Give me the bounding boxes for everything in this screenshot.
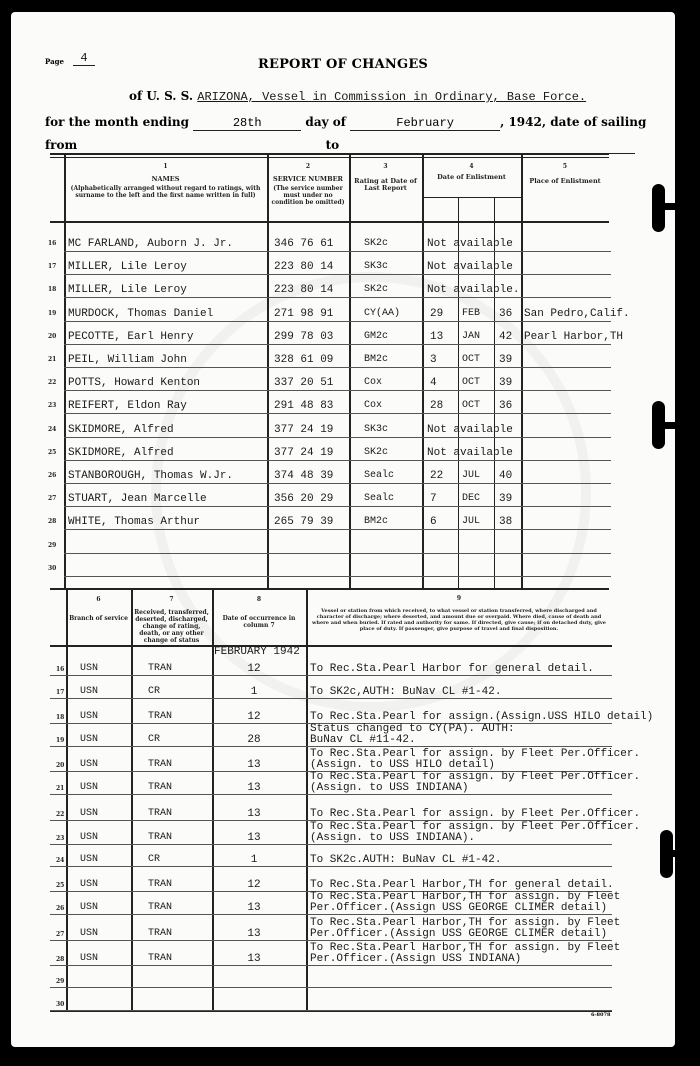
row-rule <box>50 746 612 747</box>
service-number-cell: 265 79 39 <box>274 516 333 528</box>
row-rule <box>50 914 612 915</box>
rating-cell: Sealc <box>364 470 394 482</box>
remarks-line-2: Per.Officer.(Assign USS GEORGE CLIMER de… <box>310 902 607 914</box>
rating-cell: SK2c <box>364 447 388 459</box>
rating-cell: Cox <box>364 400 382 412</box>
rating-cell: Cox <box>364 377 382 389</box>
date-cell: 13 <box>244 832 264 844</box>
name-cell: REIFERT, Eldon Ray <box>68 400 187 412</box>
table-rule <box>50 153 609 155</box>
name-cell: SKIDMORE, Alfred <box>68 424 174 436</box>
change-cell: TRAN <box>148 663 172 675</box>
remarks-line-2: (Assign. to USS HILO detail) <box>310 759 495 771</box>
row-rule <box>64 367 611 368</box>
rating-cell: BM2c <box>364 354 388 366</box>
enlistment-day-cell: 13 <box>430 331 443 343</box>
enlistment-day-cell: Not available <box>427 261 513 273</box>
date-cell: 13 <box>244 759 264 771</box>
rating-cell: SK3c <box>364 424 388 436</box>
enlistment-year-cell: 39 <box>499 493 512 505</box>
branch-cell: USN <box>80 711 98 723</box>
service-number-cell: 299 78 03 <box>274 331 333 343</box>
branch-cell: USN <box>80 854 98 866</box>
column-title: Date of Enlistment <box>424 174 519 181</box>
rating-cell: CY(AA) <box>364 308 400 320</box>
page-title: REPORT OF CHANGES <box>11 57 675 72</box>
column-title: Place of Enlistment <box>523 178 607 185</box>
row-rule <box>50 940 612 941</box>
service-number-cell: 328 61 09 <box>274 354 333 366</box>
line-number: 20 <box>56 762 64 769</box>
change-cell: TRAN <box>148 711 172 723</box>
row-rule <box>50 1010 612 1011</box>
remarks-line-1: To SK2c,AUTH: BuNav CL #1-42. <box>310 686 501 698</box>
column-title: Received, transferred, deserted, dischar… <box>134 609 209 644</box>
line-number: 22 <box>48 379 56 386</box>
row-rule <box>64 576 611 577</box>
enlistment-year-cell: 38 <box>499 516 512 528</box>
service-number-cell: 374 48 39 <box>274 470 333 482</box>
date-cell: 13 <box>244 902 264 914</box>
day-of-label: day of <box>305 115 345 129</box>
name-cell: SKIDMORE, Alfred <box>68 447 174 459</box>
change-cell: TRAN <box>148 832 172 844</box>
line-number: 16 <box>48 240 56 247</box>
date-cell: 12 <box>244 711 264 723</box>
ship-name: ARIZONA, Vessel in Commission in Ordinar… <box>197 90 586 104</box>
column-rule <box>521 155 523 588</box>
column-title: SERVICE NUMBER <box>269 176 347 183</box>
service-number-cell: 356 20 29 <box>274 493 333 505</box>
date-month-header: FEBRUARY 1942 <box>214 646 300 658</box>
remarks-line-2: (Assign. to USS INDIANA) <box>310 782 468 794</box>
change-cell: TRAN <box>148 782 172 794</box>
row-rule <box>50 866 612 867</box>
column-number: 8 <box>215 596 303 603</box>
from-label: from <box>45 138 77 152</box>
column-number: 1 <box>66 163 265 170</box>
column-title: Branch of service <box>69 615 128 622</box>
column-number: 3 <box>351 163 420 170</box>
branch-cell: USN <box>80 902 98 914</box>
line-number: 28 <box>48 518 56 525</box>
from-field <box>81 139 321 154</box>
line-number: 27 <box>48 495 56 502</box>
form-number: 6-8078 <box>591 1012 610 1018</box>
column-header-6: 6 Branch of service <box>69 596 128 622</box>
service-number-cell: 223 80 14 <box>274 284 333 296</box>
line-number: 29 <box>48 542 56 549</box>
column-title: Rating at Date of Last Report <box>351 178 420 192</box>
line-number: 29 <box>56 978 64 985</box>
to-field <box>343 139 635 154</box>
enlistment-year-cell: 39 <box>499 354 512 366</box>
service-number-cell: 346 76 61 <box>274 238 333 250</box>
column-rule <box>131 588 133 1010</box>
row-rule <box>64 460 611 461</box>
remarks-line-1: To Rec.Sta.Pearl Harbor for general deta… <box>310 663 594 675</box>
line-number: 26 <box>48 472 56 479</box>
column-header-7: 7 Received, transferred, deserted, disch… <box>134 596 209 644</box>
line-number: 18 <box>48 286 56 293</box>
row-rule <box>64 529 611 530</box>
remarks-line-1: To Rec.Sta.Pearl for assign.(Assign.USS … <box>310 711 653 723</box>
column-rule <box>306 588 308 1010</box>
column-header-8: 8 Date of occurrence in column 7 <box>215 596 303 629</box>
row-rule <box>64 251 611 252</box>
rating-cell: SK2c <box>364 284 388 296</box>
date-cell: 13 <box>244 782 264 794</box>
remarks-line-2: Per.Officer.(Assign USS GEORGE CLIMER de… <box>310 928 607 940</box>
column-rule <box>267 155 269 588</box>
ship-line: of U. S. S. ARIZONA, Vessel in Commissio… <box>129 89 586 104</box>
row-rule <box>50 794 612 795</box>
table-rule <box>422 197 521 198</box>
date-cell: 12 <box>244 663 264 675</box>
line-number: 17 <box>56 689 64 696</box>
name-cell: STANBOROUGH, Thomas W.Jr. <box>68 470 233 482</box>
name-cell: MILLER, Lile Leroy <box>68 261 187 273</box>
line-number: 21 <box>56 785 64 792</box>
enlistment-day-cell: 29 <box>430 308 443 320</box>
branch-cell: USN <box>80 808 98 820</box>
line-number: 30 <box>56 1001 64 1008</box>
report-page: Page 4 REPORT OF CHANGES of U. S. S. ARI… <box>11 12 675 1047</box>
place-cell: Pearl Harbor,TH <box>524 331 623 343</box>
name-cell: MC FARLAND, Auborn J. Jr. <box>68 238 233 250</box>
enlistment-day-cell: Not available <box>427 424 513 436</box>
service-number-cell: 337 20 51 <box>274 377 333 389</box>
date-cell: 1 <box>244 686 264 698</box>
enlistment-year-cell: 36 <box>499 308 512 320</box>
service-number-cell: 377 24 19 <box>274 447 333 459</box>
sailing-label: , date of sailing <box>542 115 647 129</box>
place-cell: San Pedro,Calif. <box>524 308 630 320</box>
binder-tab-stem <box>660 203 680 210</box>
line-number: 30 <box>48 565 56 572</box>
name-cell: PEIL, William John <box>68 354 187 366</box>
change-cell: CR <box>148 854 160 866</box>
month-line: for the month ending 28th day of Februar… <box>45 115 646 131</box>
line-number: 20 <box>48 333 56 340</box>
line-number: 26 <box>56 905 64 912</box>
enlistment-month-cell: FEB <box>462 308 480 320</box>
line-number: 19 <box>48 310 56 317</box>
change-cell: TRAN <box>148 902 172 914</box>
branch-cell: USN <box>80 832 98 844</box>
branch-cell: USN <box>80 879 98 891</box>
line-number: 24 <box>48 426 56 433</box>
to-label: to <box>326 138 340 152</box>
line-number: 28 <box>56 956 64 963</box>
column-title: NAMES <box>66 176 265 183</box>
column-title: Date of occurrence in column 7 <box>215 615 303 629</box>
month-field: February <box>350 116 500 131</box>
enlistment-day-cell: 7 <box>430 493 437 505</box>
column-header-5: 5 Place of Enlistment <box>523 163 607 187</box>
change-cell: CR <box>148 686 160 698</box>
line-number: 19 <box>56 737 64 744</box>
change-cell: TRAN <box>148 759 172 771</box>
column-number: 7 <box>134 596 209 603</box>
column-rule <box>64 155 66 588</box>
column-note: (Alphabetically arranged without regard … <box>71 185 261 199</box>
row-rule <box>64 413 611 414</box>
change-cell: TRAN <box>148 953 172 965</box>
from-to-line: from to <box>45 138 635 154</box>
change-cell: TRAN <box>148 928 172 940</box>
service-number-cell: 223 80 14 <box>274 261 333 273</box>
enlistment-month-cell: OCT <box>462 377 480 389</box>
row-rule <box>64 297 611 298</box>
service-number-cell: 377 24 19 <box>274 424 333 436</box>
year-field: 42 <box>525 115 542 129</box>
line-number: 23 <box>56 835 64 842</box>
row-rule <box>50 844 612 845</box>
row-rule <box>64 344 611 345</box>
enlistment-month-cell: JAN <box>462 331 480 343</box>
change-cell: CR <box>148 734 160 746</box>
table-rule <box>50 157 609 158</box>
row-rule <box>50 987 612 988</box>
rating-cell: SK2c <box>364 238 388 250</box>
date-cell: 1 <box>244 854 264 866</box>
remarks-line-1: To Rec.Sta.Pearl for assign. by Fleet Pe… <box>310 808 640 820</box>
row-rule <box>64 390 611 391</box>
enlistment-month-cell: JUL <box>462 516 480 528</box>
row-rule <box>64 274 611 275</box>
row-rule <box>64 553 611 554</box>
enlistment-month-cell: DEC <box>462 493 480 505</box>
date-cell: 28 <box>244 734 264 746</box>
enlistment-day-cell: 22 <box>430 470 443 482</box>
rating-cell: GM2c <box>364 331 388 343</box>
line-number: 18 <box>56 714 64 721</box>
column-header-2: 2 SERVICE NUMBER (The service number mus… <box>269 163 347 206</box>
service-number-cell: 271 98 91 <box>274 308 333 320</box>
row-rule <box>64 506 611 507</box>
enlistment-day-cell: 28 <box>430 400 443 412</box>
line-number: 22 <box>56 811 64 818</box>
name-cell: MURDOCK, Thomas Daniel <box>68 308 213 320</box>
name-cell: POTTS, Howard Kenton <box>68 377 200 389</box>
date-cell: 12 <box>244 879 264 891</box>
row-rule <box>64 483 611 484</box>
column-header-4: 4 Date of Enlistment <box>424 163 519 183</box>
rating-cell: Sealc <box>364 493 394 505</box>
day-field: 28th <box>193 116 301 131</box>
column-rule <box>349 155 351 588</box>
name-cell: MILLER, Lile Leroy <box>68 284 187 296</box>
branch-cell: USN <box>80 928 98 940</box>
column-header-1: 1 NAMES (Alphabetically arranged without… <box>66 163 265 199</box>
name-cell: PECOTTE, Earl Henry <box>68 331 193 343</box>
enlistment-day-cell: Not available <box>427 447 513 459</box>
date-cell: 13 <box>244 808 264 820</box>
row-rule <box>64 321 611 322</box>
column-number: 6 <box>69 596 128 603</box>
row-rule <box>64 437 611 438</box>
enlistment-day-cell: 4 <box>430 377 437 389</box>
enlistment-day-cell: Not available. <box>427 284 519 296</box>
branch-cell: USN <box>80 734 98 746</box>
enlistment-month-cell: JUL <box>462 470 480 482</box>
enlistment-month-cell: OCT <box>462 400 480 412</box>
enlistment-year-cell: 42 <box>499 331 512 343</box>
enlistment-year-cell: 40 <box>499 470 512 482</box>
enlistment-year-cell: 36 <box>499 400 512 412</box>
row-rule <box>50 698 612 699</box>
branch-cell: USN <box>80 953 98 965</box>
table-rule <box>50 645 612 647</box>
line-number: 25 <box>56 882 64 889</box>
enlistment-month-cell: OCT <box>462 354 480 366</box>
line-number: 17 <box>48 263 56 270</box>
remarks-line-2: Per.Officer.(Assign USS INDIANA) <box>310 953 521 965</box>
row-rule <box>50 675 612 676</box>
enlistment-day-cell: Not available <box>427 238 513 250</box>
column-number: 4 <box>424 163 519 170</box>
line-number: 25 <box>48 449 56 456</box>
remarks-line-2: (Assign. to USS INDIANA). <box>310 832 475 844</box>
table-rule <box>50 221 609 223</box>
column-header-9: 9 Vessel or station from which received,… <box>309 596 609 632</box>
rating-cell: BM2c <box>364 516 388 528</box>
change-cell: TRAN <box>148 808 172 820</box>
column-number: 5 <box>523 163 607 170</box>
branch-cell: USN <box>80 782 98 794</box>
branch-cell: USN <box>80 663 98 675</box>
column-number: 9 <box>309 596 609 602</box>
line-number: 21 <box>48 356 56 363</box>
enlistment-day-cell: 6 <box>430 516 437 528</box>
column-rule <box>422 155 424 588</box>
row-rule <box>50 965 612 966</box>
column-rule <box>66 588 68 1010</box>
remarks-line-1: To Rec.Sta.Pearl Harbor,TH for general d… <box>310 879 614 891</box>
name-cell: WHITE, Thomas Arthur <box>68 516 200 528</box>
remarks-line-1: To SK2c.AUTH: BuNav CL #1-42. <box>310 854 501 866</box>
table-rule <box>50 588 609 590</box>
change-cell: TRAN <box>148 879 172 891</box>
name-cell: STUART, Jean Marcelle <box>68 493 207 505</box>
line-number: 24 <box>56 857 64 864</box>
line-number: 27 <box>56 931 64 938</box>
month-ending-label: for the month ending <box>45 115 189 129</box>
binder-tab-stem <box>660 422 680 429</box>
year-prefix: , 19 <box>500 115 525 129</box>
rating-cell: SK3c <box>364 261 388 273</box>
column-title: Vessel or station from which received, t… <box>309 608 609 632</box>
ship-prefix: of U. S. S. <box>129 89 193 103</box>
enlistment-year-cell: 39 <box>499 377 512 389</box>
binder-tab-stem <box>666 850 686 857</box>
line-number: 23 <box>48 402 56 409</box>
service-number-cell: 291 48 83 <box>274 400 333 412</box>
column-note: (The service number must under no condit… <box>271 185 344 206</box>
line-number: 16 <box>56 666 64 673</box>
date-cell: 13 <box>244 928 264 940</box>
branch-cell: USN <box>80 759 98 771</box>
column-header-3: 3 Rating at Date of Last Report <box>351 163 420 194</box>
column-number: 2 <box>269 163 347 170</box>
date-cell: 13 <box>244 953 264 965</box>
remarks-line-2: BuNav CL #11-42. <box>310 734 416 746</box>
branch-cell: USN <box>80 686 98 698</box>
enlistment-day-cell: 3 <box>430 354 437 366</box>
